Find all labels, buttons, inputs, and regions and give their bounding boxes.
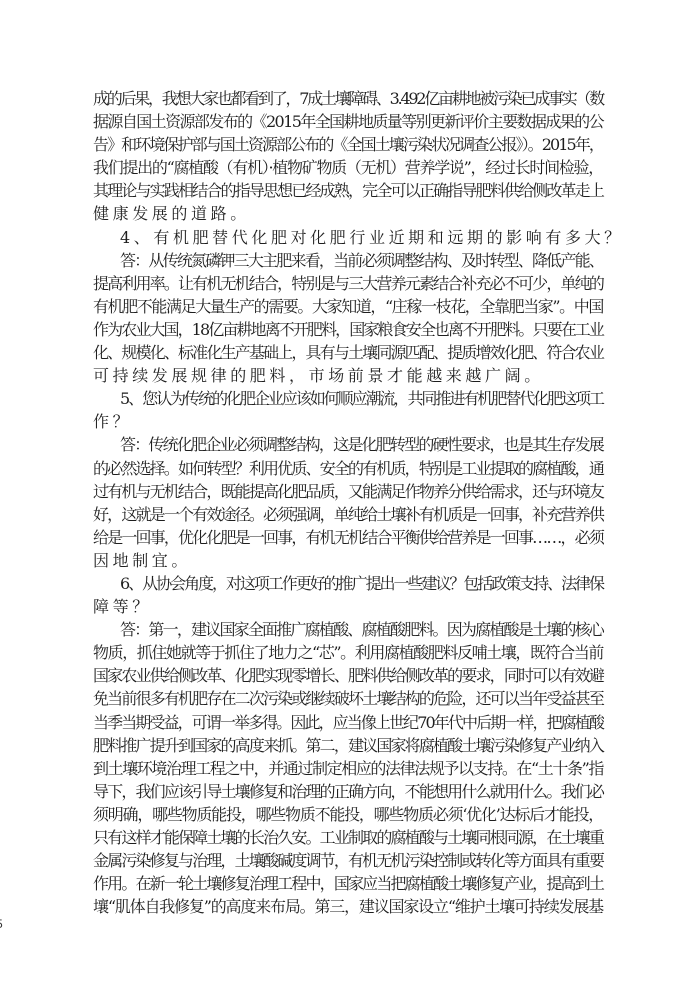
answer-text-line: 因地制宜。 — [93, 549, 603, 572]
answer-4: 答：从传统氮磷钾三大主肥来看，当前必须调整结构、及时转型、降低产能、 提高利用率… — [93, 249, 603, 388]
answer-text-line: 答：传统化肥企业必须调整结构，这是化肥转型的硬性要求，也是其生存发展 — [93, 433, 603, 456]
answer-text-line: 物质，抓住她就等于抓住了地力之“芯”。利用腐植酸肥料反哺土壤，既符合当前 — [93, 641, 603, 664]
answer-text-line: 答：从传统氮磷钾三大主肥来看，当前必须调整结构、及时转型、降低产能、 — [93, 249, 603, 272]
answer-text-line: 须明确，哪些物质能投，哪些物质不能投，哪些物质必须‘优化’达标后才能投， — [93, 803, 603, 826]
answer-text-line: 过有机与无机结合，既能提高化肥品质，又能满足作物养分供给需求，还与环境友 — [93, 480, 603, 503]
question-6: 6、从协会角度，对这项工作更好的推广提出一些建议？包括政策支持、法律保 障等？ — [93, 572, 603, 618]
answer-text-line: 答：第一，建议国家全面推广腐植酸、腐植酸肥料。因为腐植酸是土壤的核心 — [93, 618, 603, 641]
text-line: 我们提出的“腐植酸（有机）·植物矿物质（无机）营养学说”，经过长时间检验， — [93, 156, 603, 179]
answer-text-line: 到土壤环境治理工程之中，并通过制定相应的法律法规予以支持。在“土十条”指 — [93, 757, 603, 780]
answer-text-line: 当季当期受益，可谓一举多得。因此，应当像上世纪70年代中后期一样，把腐植酸 — [93, 711, 603, 734]
question-text: 6、从协会角度，对这项工作更好的推广提出一些建议？包括政策支持、法律保 — [93, 572, 603, 595]
answer-text-line: 给是一回事，优化化肥是一回事，有机无机结合平衡供给营养是一回事……，必须 — [93, 526, 603, 549]
answer-text-line: 只有这样才能保障土壤的长治久安。工业制取的腐植酸与土壤同根同源，在土壤重 — [93, 826, 603, 849]
answer-text-line: 的必然选择。如何转型？利用优质、安全的有机质，特别是工业提取的腐植酸，通 — [93, 457, 603, 480]
answer-text-line: 壤“肌体自我修复”的高度来布局。第三，建议国家设立“维护土壤可持续发展基 — [93, 895, 603, 918]
text-line: 告》和环境保护部与国土资源部公布的《全国土壤污染状况调查公报》）。2015年， — [93, 133, 603, 156]
text-line: 其理论与实践相结合的指导思想已经成熟，完全可以正确指导肥料供给侧改革走上 — [93, 179, 603, 202]
answer-text-line: 国家农业供给侧改革、化肥实现零增长、肥料供给侧改革的要求，同时可以有效避 — [93, 664, 603, 687]
answer-text-line: 肥料推广提升到国家的高度来抓。第二，建议国家将腐植酸土壤污染修复产业纳入 — [93, 734, 603, 757]
answer-5: 答：传统化肥企业必须调整结构，这是化肥转型的硬性要求，也是其生存发展 的必然选择… — [93, 433, 603, 572]
question-text: 5、您认为传统的化肥企业应该如何顺应潮流，共同推进有机肥替代化肥这项工 — [93, 387, 603, 410]
answer-text-line: 化、规模化、标准化生产基础上，具有与土壤同源匹配、提质增效化肥、符合农业 — [93, 341, 603, 364]
answer-text-line: 作为农业大国，18亿亩耕地离不开肥料，国家粮食安全也离不开肥料。只要在工业 — [93, 318, 603, 341]
answer-text-line: 金属污染修复与治理，土壤酸碱度调节，有机无机污染控制或转化等方面具有重要 — [93, 849, 603, 872]
answer-text-line: 可持续发展规律的肥料，市场前景才能越来越广阔。 — [93, 364, 603, 387]
text-line: 成的后果，我想大家也都看到了，7成土壤障碍、3.492亿亩耕地被污染已成事实（数 — [93, 87, 603, 110]
page-number: 5 — [0, 917, 3, 931]
answer-text-line: 免当前很多有机肥存在二次污染或继续破坏土壤结构的危险，还可以当年受益甚至 — [93, 687, 603, 710]
answer-text-line: 提高利用率。让有机无机结合，特别是与三大营养元素结合补充必不可少，单纯的 — [93, 272, 603, 295]
document-page: 成的后果，我想大家也都看到了，7成土壤障碍、3.492亿亩耕地被污染已成事实（数… — [93, 87, 603, 918]
question-text: 4、有机肥替代化肥对化肥行业近期和远期的影响有多大？ — [93, 226, 603, 249]
answer-6: 答：第一，建议国家全面推广腐植酸、腐植酸肥料。因为腐植酸是土壤的核心 物质，抓住… — [93, 618, 603, 918]
question-4: 4、有机肥替代化肥对化肥行业近期和远期的影响有多大？ — [93, 226, 603, 249]
text-line: 健康发展的道路。 — [93, 202, 603, 225]
question-text: 作？ — [93, 410, 603, 433]
question-5: 5、您认为传统的化肥企业应该如何顺应潮流，共同推进有机肥替代化肥这项工 作？ — [93, 387, 603, 433]
answer-text-line: 作用。在新一轮土壤修复治理工程中，国家应当把腐植酸土壤修复产业，提高到土 — [93, 872, 603, 895]
paragraph-continuation: 成的后果，我想大家也都看到了，7成土壤障碍、3.492亿亩耕地被污染已成事实（数… — [93, 87, 603, 226]
text-line: 据源自国土资源部发布的《2015年全国耕地质量等别更新评价主要数据成果的公 — [93, 110, 603, 133]
question-text: 障等？ — [93, 595, 603, 618]
answer-text-line: 有机肥不能满足大量生产的需要。大家知道，“庄稼一枝花，全靠肥当家”。中国 — [93, 295, 603, 318]
answer-text-line: 好，这就是一个有效途径。必须强调，单纯给土壤补有机质是一回事，补充营养供 — [93, 503, 603, 526]
answer-text-line: 导下，我们应该引导土壤修复和治理的正确方向，不能想用什么就用什么。我们必 — [93, 780, 603, 803]
